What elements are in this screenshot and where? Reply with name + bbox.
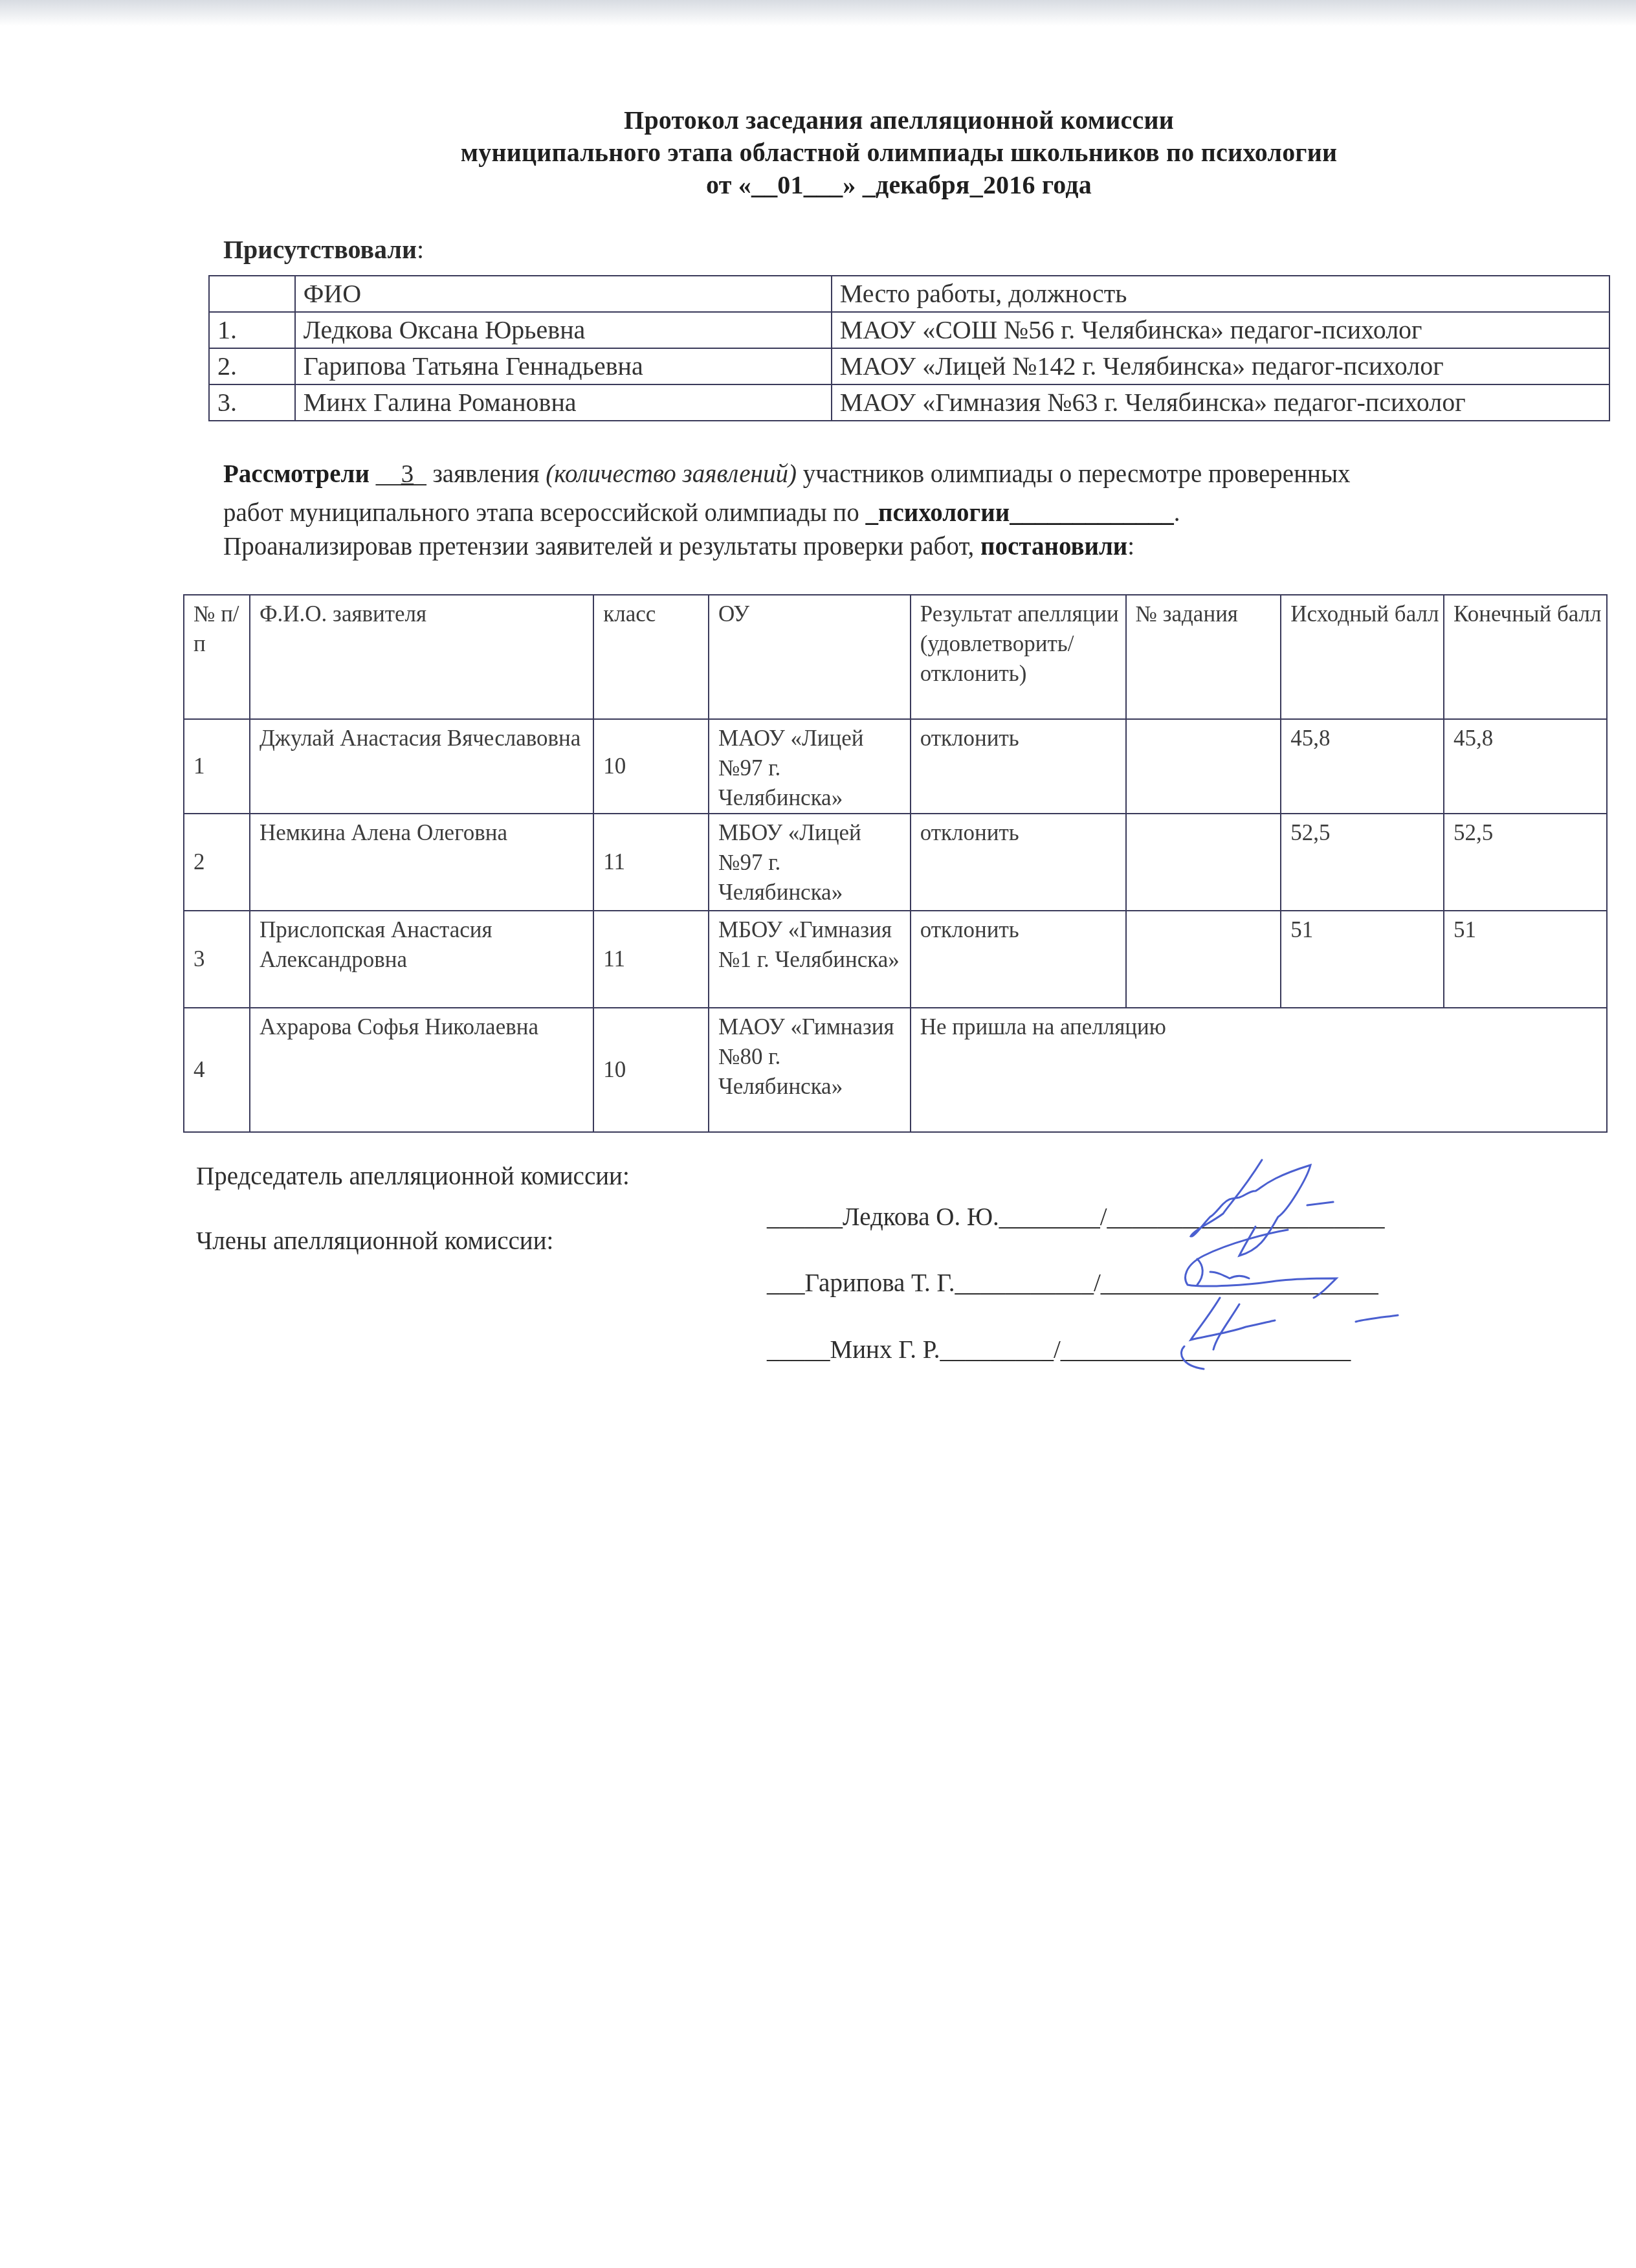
task-number	[1126, 814, 1281, 911]
signer-name: Минх Г. Р.	[830, 1336, 940, 1364]
appeals-table-header: № п/п Ф.И.О. заявителя класс ОУ Результа…	[184, 595, 1607, 719]
col-final-score: Конечный балл	[1444, 595, 1607, 719]
col-result: Результат апелляции (удовлетворить/ откл…	[911, 595, 1126, 719]
table-row: 2. Гарипова Татьяна Геннадьевна МАОУ «Ли…	[209, 348, 1609, 384]
decided-label: постановили	[980, 533, 1127, 561]
considered-line-1: Рассмотрели __3_ заявления (количество з…	[223, 460, 1351, 489]
row-num: 3	[184, 911, 250, 1008]
applicant-name: Ахрарова Софья Николаевна	[250, 1008, 593, 1132]
task-number	[1126, 719, 1281, 814]
present-work: МАОУ «Гимназия №63 г. Челябинска» педаго…	[832, 384, 1609, 421]
present-col-name: ФИО	[295, 276, 832, 312]
initial-score: 51	[1281, 911, 1444, 1008]
considered-text-2: участников олимпиады о пересмотре провер…	[797, 460, 1351, 488]
title-line-2: муниципального этапа областной олимпиады…	[0, 137, 1636, 168]
final-score: 45,8	[1444, 719, 1607, 814]
col-grade: класс	[593, 595, 709, 719]
appeals-table: № п/п Ф.И.О. заявителя класс ОУ Результа…	[183, 594, 1608, 1133]
considered-line-3-text: Проанализировав претензии заявителей и р…	[223, 533, 980, 561]
signature-blank: ___________/	[955, 1269, 1100, 1297]
applicant-name: Прислопская Анастасия Александровна	[250, 911, 593, 1008]
signature-blank: ________/	[999, 1203, 1107, 1231]
row-num: 4	[184, 1008, 250, 1132]
considered-line-2-end: .	[1174, 499, 1180, 527]
present-heading-colon: :	[417, 235, 424, 264]
present-col-num	[209, 276, 295, 312]
final-score: 52,5	[1444, 814, 1607, 911]
considered-lead: Рассмотрели	[223, 460, 370, 488]
present-heading: Присутствовали:	[223, 234, 424, 265]
present-col-work: Место работы, должность	[832, 276, 1609, 312]
present-num: 3.	[209, 384, 295, 421]
initial-score: 52,5	[1281, 814, 1444, 911]
appeal-result: отклонить	[911, 719, 1126, 814]
subject-blank: _____________	[1010, 499, 1174, 527]
col-school: ОУ	[709, 595, 911, 719]
scan-edge-shadow	[0, 0, 1636, 26]
table-row: 3. Минх Галина Романовна МАОУ «Гимназия …	[209, 384, 1609, 421]
table-row: 3 Прислопская Анастасия Александровна 11…	[184, 911, 1607, 1008]
table-row: 2 Немкина Алена Олеговна 11 МБОУ «Лицей …	[184, 814, 1607, 911]
school: МАОУ «Лицей №97 г. Челябинска»	[709, 719, 911, 814]
col-task: № задания	[1126, 595, 1281, 719]
row-num: 2	[184, 814, 250, 911]
appeal-result: отклонить	[911, 911, 1126, 1008]
chair-label: Председатель апелляционной комиссии:	[196, 1162, 630, 1191]
present-num: 1.	[209, 312, 295, 348]
count-blank-left: __	[370, 460, 401, 488]
appeal-count: 3	[401, 460, 414, 488]
task-number	[1126, 911, 1281, 1008]
grade: 11	[593, 814, 709, 911]
count-blank-right: _	[414, 460, 432, 488]
present-name: Гарипова Татьяна Геннадьевна	[295, 348, 832, 384]
considered-text-1: заявления	[432, 460, 546, 488]
initial-score: 45,8	[1281, 719, 1444, 814]
subject-name: _психологии	[865, 499, 1010, 527]
row-num: 1	[184, 719, 250, 814]
count-note: (количество заявлений)	[546, 460, 797, 488]
applicant-name: Джулай Анастасия Вячеславовна	[250, 719, 593, 814]
col-applicant: Ф.И.О. заявителя	[250, 595, 593, 719]
school: МАОУ «Гимназия №80 г. Челябинска»	[709, 1008, 911, 1132]
members-label: Члены апелляционной комиссии:	[196, 1227, 553, 1256]
signature-blank: ______	[767, 1203, 843, 1231]
table-row: 1 Джулай Анастасия Вячеславовна 10 МАОУ …	[184, 719, 1607, 814]
considered-line-3-end: :	[1127, 533, 1134, 561]
present-table-header: ФИО Место работы, должность	[209, 276, 1609, 312]
signature-blank: _____	[767, 1336, 830, 1364]
school: МБОУ «Гимназия №1 г. Челябинска»	[709, 911, 911, 1008]
final-score: 51	[1444, 911, 1607, 1008]
present-work: МАОУ «Лицей №142 г. Челябинска» педагог-…	[832, 348, 1609, 384]
present-table: ФИО Место работы, должность 1. Ледкова О…	[208, 275, 1610, 421]
grade: 10	[593, 719, 709, 814]
signer-name: Ледкова О. Ю.	[843, 1203, 999, 1231]
handwritten-signatures-icon	[1133, 1152, 1456, 1398]
col-initial-score: Исходный балл	[1281, 595, 1444, 719]
present-name: Ледкова Оксана Юрьевна	[295, 312, 832, 348]
signer-name: Гарипова Т. Г.	[805, 1269, 955, 1297]
table-row: 1. Ледкова Оксана Юрьевна МАОУ «СОШ №56 …	[209, 312, 1609, 348]
considered-line-2-text: работ муниципального этапа всероссийской…	[223, 499, 865, 527]
grade: 10	[593, 1008, 709, 1132]
signature-blank: ___	[767, 1269, 805, 1297]
signature-blank: _________/	[940, 1336, 1060, 1364]
present-name: Минх Галина Романовна	[295, 384, 832, 421]
applicant-name: Немкина Алена Олеговна	[250, 814, 593, 911]
title-line-3-date: от «__01___» _декабря_2016 года	[0, 170, 1636, 200]
present-num: 2.	[209, 348, 295, 384]
title-line-1: Протокол заседания апелляционной комисси…	[0, 105, 1636, 135]
present-heading-label: Присутствовали	[223, 235, 417, 264]
considered-line-2: работ муниципального этапа всероссийской…	[223, 498, 1180, 528]
appeal-result-absent: Не пришла на апелляцию	[911, 1008, 1607, 1132]
considered-line-3: Проанализировав претензии заявителей и р…	[223, 532, 1134, 561]
present-work: МАОУ «СОШ №56 г. Челябинска» педагог-пси…	[832, 312, 1609, 348]
table-row: 4 Ахрарова Софья Николаевна 10 МАОУ «Гим…	[184, 1008, 1607, 1132]
grade: 11	[593, 911, 709, 1008]
school: МБОУ «Лицей №97 г. Челябинска»	[709, 814, 911, 911]
appeal-result: отклонить	[911, 814, 1126, 911]
col-num: № п/п	[184, 595, 250, 719]
